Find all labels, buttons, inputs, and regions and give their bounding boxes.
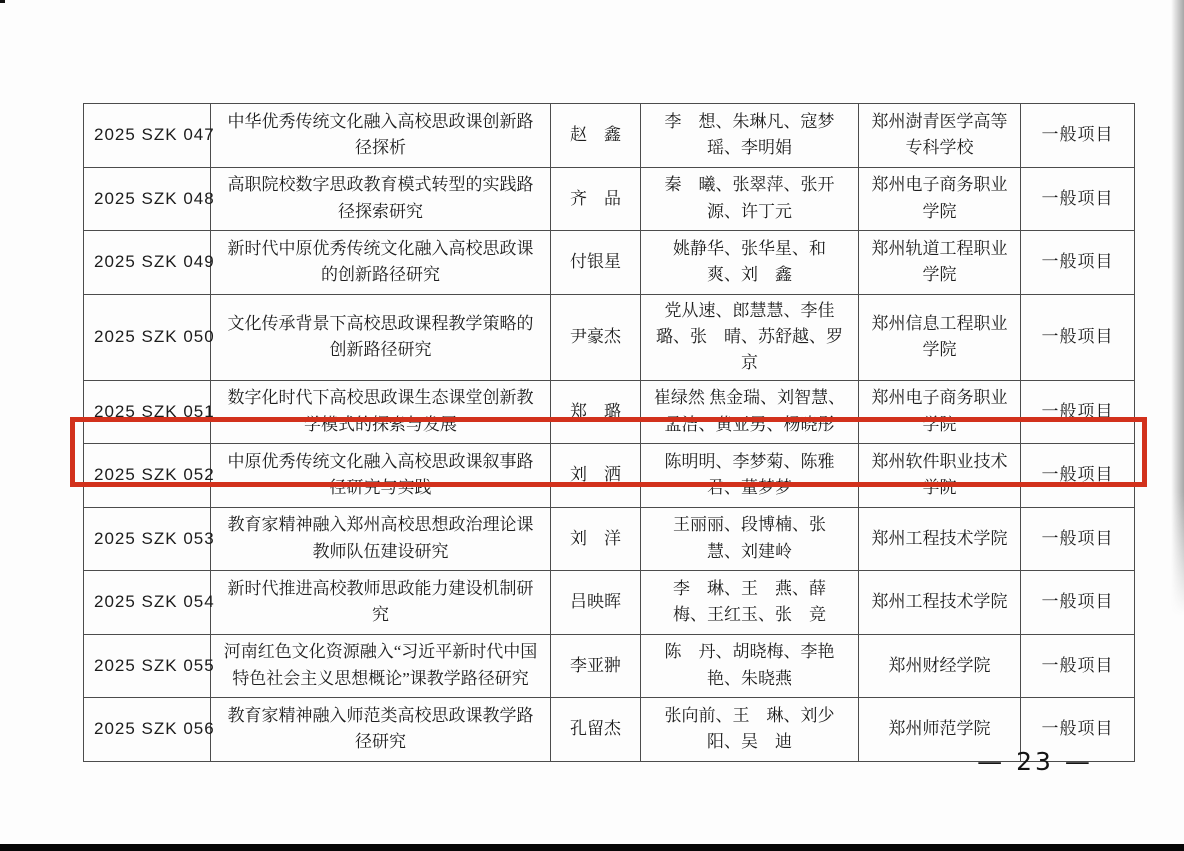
project-title: 教育家精神融入师范类高校思政课教学路径研究: [211, 698, 551, 762]
project-institution: 郑州工程技术学院: [859, 507, 1021, 571]
table-row: 2025 SZK 048 高职院校数字思政教育模式转型的实践路径探索研究 齐 品…: [84, 167, 1135, 231]
project-leader: 郑 璐: [551, 380, 641, 444]
table-row: 2025 SZK 049 新时代中原优秀传统文化融入高校思政课的创新路径研究 付…: [84, 231, 1135, 295]
project-members: 陈 丹、胡晓梅、李艳艳、朱晓燕: [641, 634, 859, 698]
project-members: 张向前、王 琳、刘少阳、吴 迪: [641, 698, 859, 762]
project-type: 一般项目: [1021, 294, 1135, 380]
project-title: 中原优秀传统文化融入高校思政课叙事路径研究与实践: [211, 444, 551, 508]
project-id: 2025 SZK 053: [84, 507, 211, 571]
project-leader: 李亚翀: [551, 634, 641, 698]
project-type: 一般项目: [1021, 507, 1135, 571]
projects-table: 2025 SZK 047 中华优秀传统文化融入高校思政课创新路径探析 赵 鑫 李…: [83, 103, 1135, 762]
scan-corner-artifact: [0, 0, 5, 3]
project-members: 崔绿然 焦金瑞、刘智慧、孟洁、黄亚男、杨晓彤: [641, 380, 859, 444]
project-institution: 郑州工程技术学院: [859, 571, 1021, 635]
project-type: 一般项目: [1021, 634, 1135, 698]
project-members: 王丽丽、段博楠、张 慧、刘建岭: [641, 507, 859, 571]
project-institution: 郑州电子商务职业学院: [859, 167, 1021, 231]
project-title: 新时代推进高校教师思政能力建设机制研究: [211, 571, 551, 635]
project-id: 2025 SZK 050: [84, 294, 211, 380]
project-leader: 刘 洋: [551, 507, 641, 571]
project-members: 陈明明、李梦菊、陈雅君、董梦梦: [641, 444, 859, 508]
project-type: 一般项目: [1021, 167, 1135, 231]
table-row: 2025 SZK 050 文化传承背景下高校思政课程教学策略的创新路径研究 尹豪…: [84, 294, 1135, 380]
project-members: 秦 曦、张翠萍、张开源、许丁元: [641, 167, 859, 231]
table-row: 2025 SZK 055 河南红色文化资源融入“习近平新时代中国特色社会主义思想…: [84, 634, 1135, 698]
project-leader: 付银星: [551, 231, 641, 295]
project-leader: 赵 鑫: [551, 104, 641, 168]
project-id: 2025 SZK 055: [84, 634, 211, 698]
project-title: 文化传承背景下高校思政课程教学策略的创新路径研究: [211, 294, 551, 380]
project-type: 一般项目: [1021, 231, 1135, 295]
project-id: 2025 SZK 056: [84, 698, 211, 762]
project-institution: 郑州澍青医学高等专科学校: [859, 104, 1021, 168]
table-row: 2025 SZK 053 教育家精神融入郑州高校思想政治理论课教师队伍建设研究 …: [84, 507, 1135, 571]
project-id: 2025 SZK 052: [84, 444, 211, 508]
project-leader: 刘 洒: [551, 444, 641, 508]
table-row: 2025 SZK 051 数字化时代下高校思政课生态课堂创新教学模式的探索与发展…: [84, 380, 1135, 444]
project-type: 一般项目: [1021, 380, 1135, 444]
project-leader: 尹豪杰: [551, 294, 641, 380]
project-title: 高职院校数字思政教育模式转型的实践路径探索研究: [211, 167, 551, 231]
project-id: 2025 SZK 047: [84, 104, 211, 168]
project-members: 李 琳、王 燕、薛 梅、王红玉、张 竞: [641, 571, 859, 635]
project-title: 教育家精神融入郑州高校思想政治理论课教师队伍建设研究: [211, 507, 551, 571]
project-institution: 郑州信息工程职业学院: [859, 294, 1021, 380]
project-leader: 孔留杰: [551, 698, 641, 762]
project-type: 一般项目: [1021, 571, 1135, 635]
project-title: 数字化时代下高校思政课生态课堂创新教学模式的探索与发展: [211, 380, 551, 444]
project-members: 姚静华、张华星、和 爽、刘 鑫: [641, 231, 859, 295]
project-id: 2025 SZK 049: [84, 231, 211, 295]
project-id: 2025 SZK 054: [84, 571, 211, 635]
project-title: 中华优秀传统文化融入高校思政课创新路径探析: [211, 104, 551, 168]
project-id: 2025 SZK 048: [84, 167, 211, 231]
project-members: 党从速、郎慧慧、李佳璐、张 晴、苏舒越、罗 京: [641, 294, 859, 380]
table-row: 2025 SZK 052 中原优秀传统文化融入高校思政课叙事路径研究与实践 刘 …: [84, 444, 1135, 508]
project-title: 河南红色文化资源融入“习近平新时代中国特色社会主义思想概论”课教学路径研究: [211, 634, 551, 698]
page-number: — 23 —: [955, 747, 1115, 776]
project-id: 2025 SZK 051: [84, 380, 211, 444]
table-row: 2025 SZK 047 中华优秀传统文化融入高校思政课创新路径探析 赵 鑫 李…: [84, 104, 1135, 168]
project-institution: 郑州电子商务职业学院: [859, 380, 1021, 444]
project-institution: 郑州财经学院: [859, 634, 1021, 698]
table-row: 2025 SZK 054 新时代推进高校教师思政能力建设机制研究 吕映晖 李 琳…: [84, 571, 1135, 635]
project-leader: 吕映晖: [551, 571, 641, 635]
project-leader: 齐 品: [551, 167, 641, 231]
project-type: 一般项目: [1021, 444, 1135, 508]
project-type: 一般项目: [1021, 104, 1135, 168]
scan-edge-shadow: [1171, 0, 1184, 615]
project-members: 李 想、朱琳凡、寇梦瑶、李明娟: [641, 104, 859, 168]
project-institution: 郑州轨道工程职业学院: [859, 231, 1021, 295]
project-institution: 郑州软件职业技术学院: [859, 444, 1021, 508]
scan-bottom-bar: [0, 844, 1184, 851]
project-title: 新时代中原优秀传统文化融入高校思政课的创新路径研究: [211, 231, 551, 295]
